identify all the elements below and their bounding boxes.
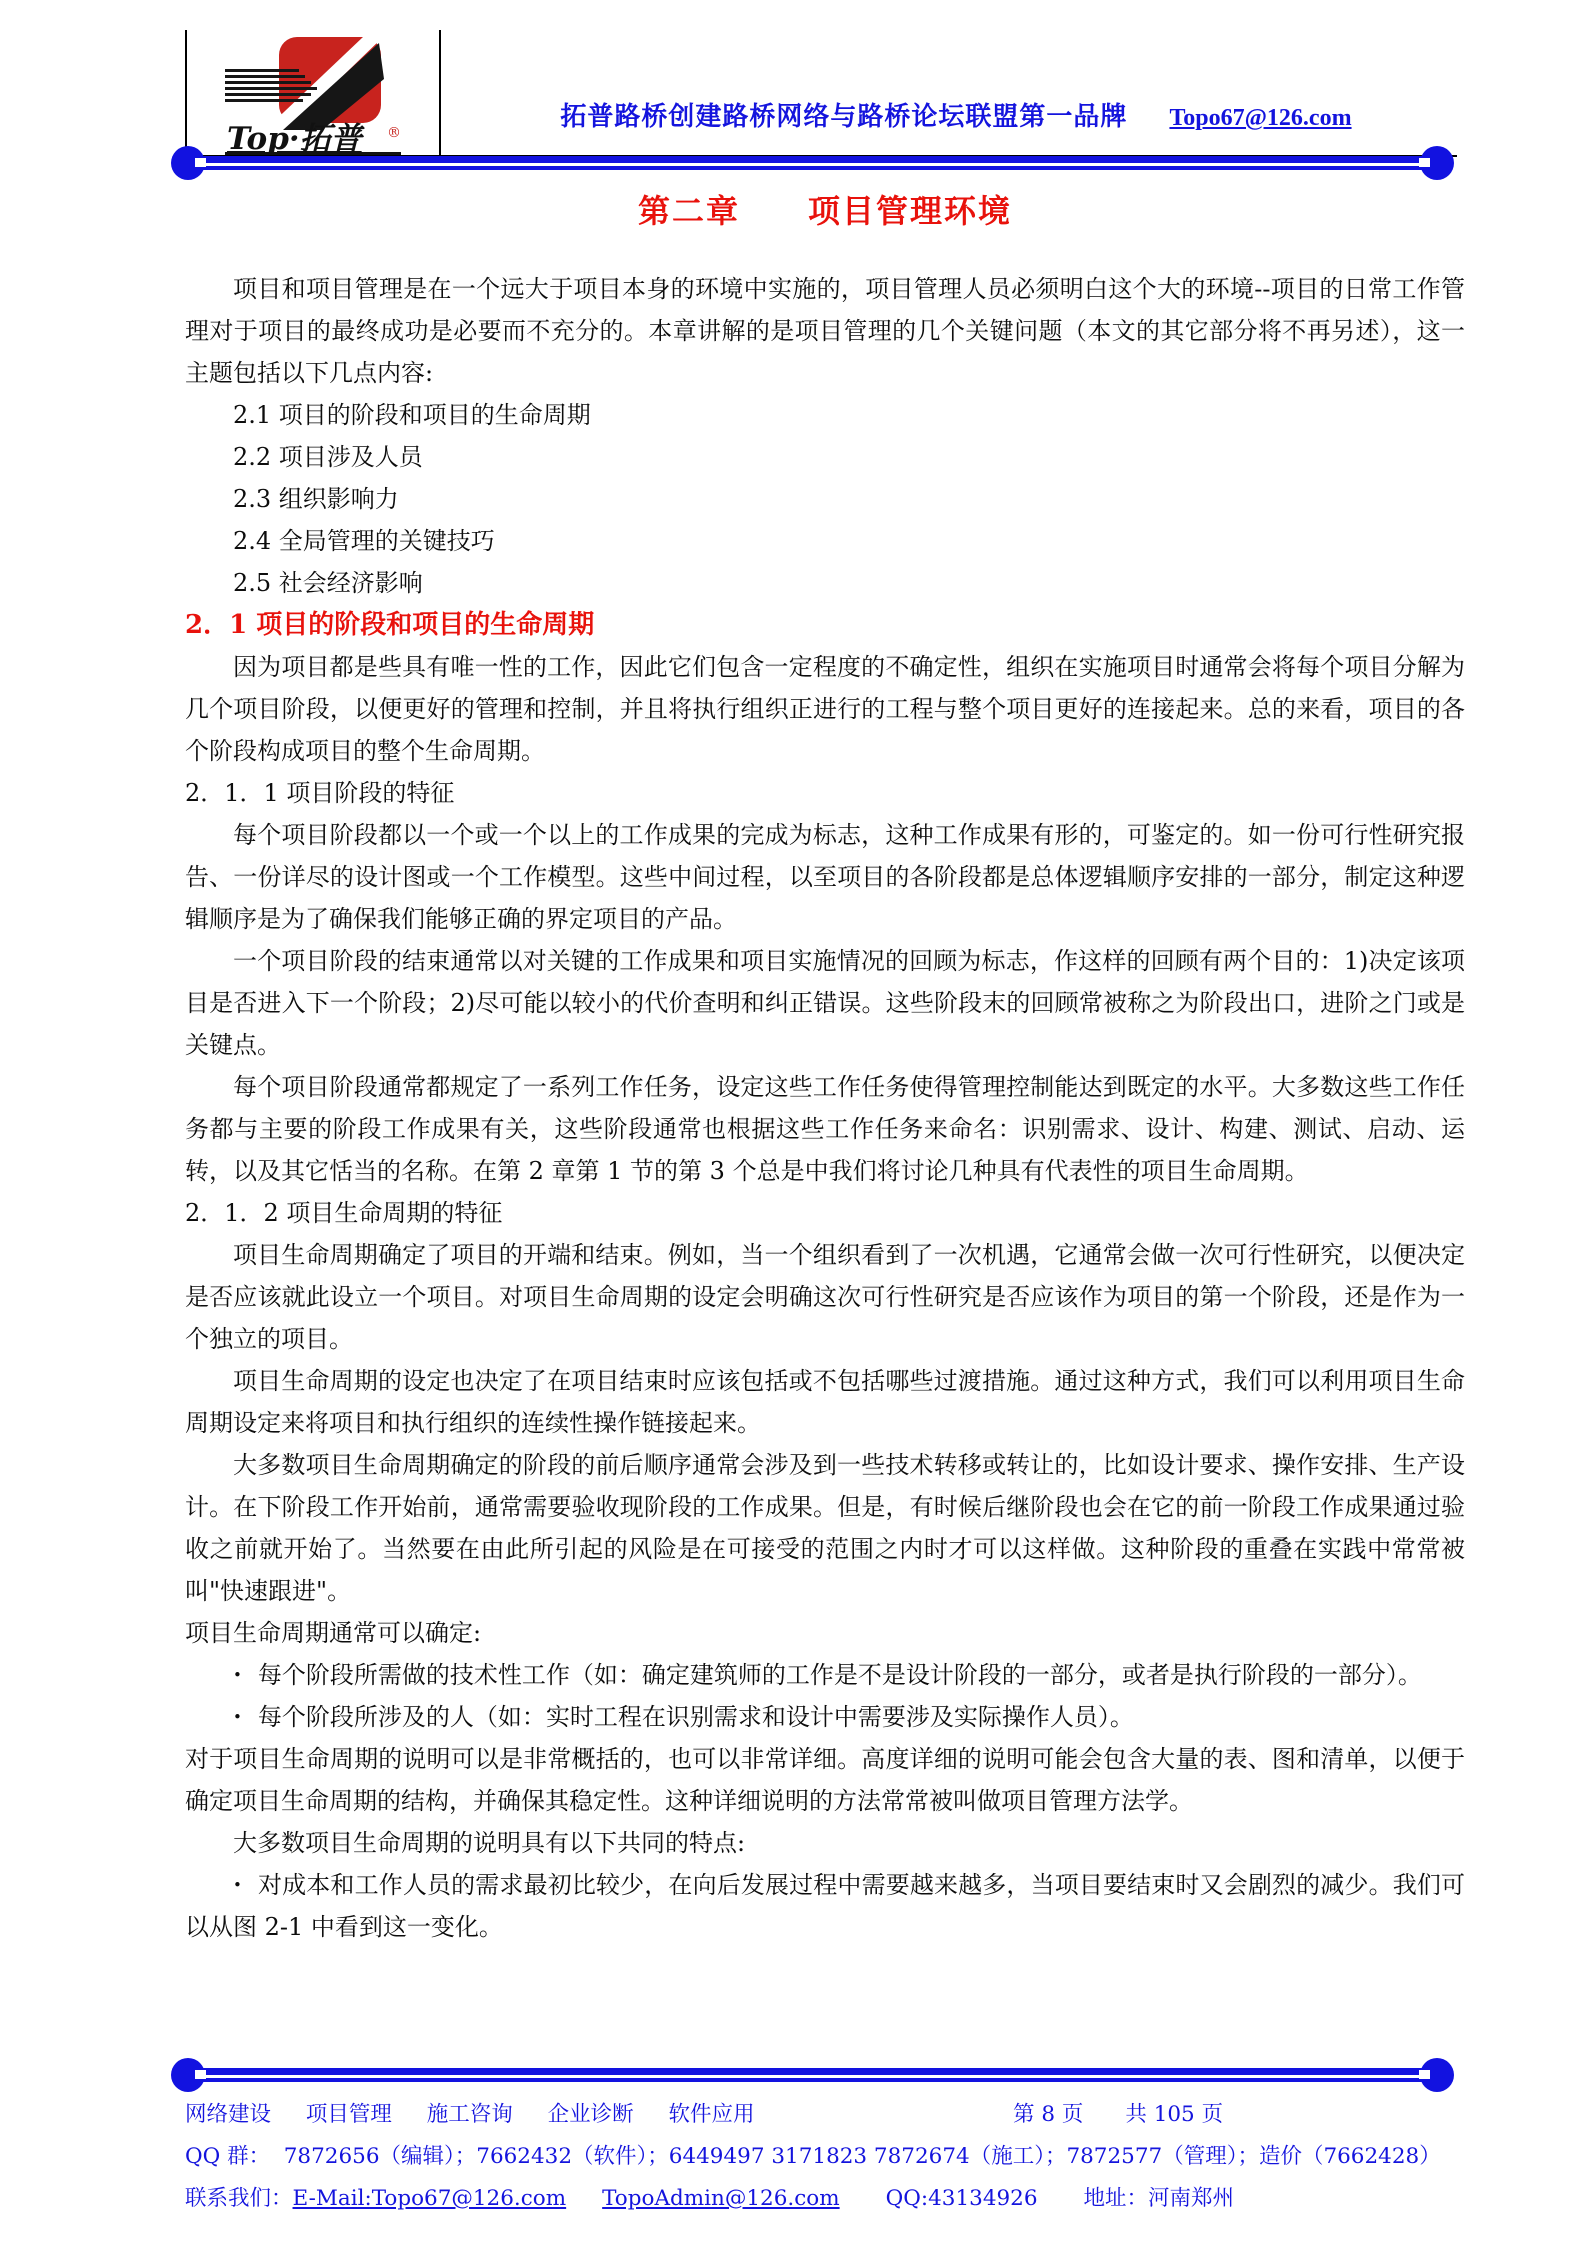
intro-paragraph: 项目和项目管理是在一个远大于项目本身的环境中实施的，项目管理人员必须明白这个大的… bbox=[185, 268, 1465, 394]
page-footer: 网络建设 项目管理 施工咨询 企业诊断 软件应用 第 8 页共 105 页 QQ… bbox=[185, 2094, 1485, 2220]
section-2-1-paragraph: 因为项目都是些具有唯一性的工作，因此它们包含一定程度的不确定性，组织在实施项目时… bbox=[185, 646, 1465, 772]
document-body: 项目和项目管理是在一个远大于项目本身的环境中实施的，项目管理人员必须明白这个大的… bbox=[185, 268, 1465, 1948]
lifecycle-lead-in: 项目生命周期通常可以确定: bbox=[185, 1612, 1465, 1654]
footer-rule-bar bbox=[188, 2068, 1437, 2082]
toc-item-2-1: 2.1 项目的阶段和项目的生命周期 bbox=[185, 394, 1465, 436]
page-total: 共 105 页 bbox=[1125, 2102, 1223, 2127]
toc-item-2-3: 2.3 组织影响力 bbox=[185, 478, 1465, 520]
section-2-1-1-paragraph-1: 每个项目阶段都以一个或一个以上的工作成果的完成为标志，这种工作成果有形的，可鉴定… bbox=[185, 814, 1465, 940]
footer-email2-link[interactable]: TopoAdmin@126.com bbox=[602, 2186, 839, 2211]
toc-item-2-5: 2.5 社会经济影响 bbox=[185, 562, 1465, 604]
bullet-dot-icon: • bbox=[233, 1708, 242, 1726]
section-2-1-2-paragraph-1: 项目生命周期确定了项目的开端和结束。例如，当一个组织看到了一次机遇，它通常会做一… bbox=[185, 1234, 1465, 1360]
footer-address: 地址：河南郑州 bbox=[1084, 2186, 1235, 2211]
section-2-1-1-paragraph-3: 每个项目阶段通常都规定了一系列工作任务，设定这些工作任务使得管理控制能达到既定的… bbox=[185, 1066, 1465, 1192]
brand-slogan: 拓普路桥创建路桥网络与路桥论坛联盟第一品牌 bbox=[560, 101, 1127, 131]
page-number: 第 8 页共 105 页 bbox=[1013, 2094, 1223, 2136]
toc-item-2-2: 2.2 项目涉及人员 bbox=[185, 436, 1465, 478]
section-2-1-2-paragraph-2: 项目生命周期的设定也决定了在项目结束时应该包括或不包括哪些过渡措施。通过这种方式… bbox=[185, 1360, 1465, 1444]
bar-end-cap-left-icon bbox=[171, 146, 205, 180]
section-2-1-2-paragraph-5: 大多数项目生命周期的说明具有以下共同的特点: bbox=[185, 1822, 1465, 1864]
contact-label: 联系我们： bbox=[185, 2186, 293, 2211]
logo-wordmark: Top·拓普 bbox=[227, 121, 366, 155]
footer-service: 软件应用 bbox=[668, 2102, 754, 2127]
bar-end-cap-right-icon bbox=[1420, 2058, 1454, 2092]
toc-item-2-4: 2.4 全局管理的关键技巧 bbox=[185, 520, 1465, 562]
page-title: 第二章 项目管理环境 bbox=[185, 186, 1465, 232]
section-2-1-heading: 2．1 项目的阶段和项目的生命周期 bbox=[185, 604, 1465, 646]
logo-cell: ® Top·拓普 bbox=[185, 30, 441, 157]
bullet-dot-icon: • bbox=[233, 1666, 242, 1684]
list-item: •每个阶段所涉及的人（如：实时工程在识别需求和设计中需要涉及实际操作人员）。 bbox=[185, 1696, 1465, 1738]
section-2-1-1-paragraph-2: 一个项目阶段的结束通常以对关键的工作成果和项目实施情况的回顾为标志，作这样的回顾… bbox=[185, 940, 1465, 1066]
footer-service: 施工咨询 bbox=[427, 2102, 513, 2127]
footer-services-line: 网络建设 项目管理 施工咨询 企业诊断 软件应用 第 8 页共 105 页 bbox=[185, 2094, 1485, 2136]
section-2-1-2-paragraph-4: 对于项目生命周期的说明可以是非常概括的，也可以非常详细。高度详细的说明可能会包含… bbox=[185, 1738, 1465, 1822]
bar-end-cap-right-icon bbox=[1420, 146, 1454, 180]
bullet-text: 对成本和工作人员的需求最初比较少，在向后发展过程中需要越来越多，当项目要结束时又… bbox=[185, 1871, 1465, 1941]
footer-service: 企业诊断 bbox=[548, 2102, 634, 2127]
footer-email1-link[interactable]: E-Mail:Topo67@126.com bbox=[293, 2186, 567, 2211]
list-item: •对成本和工作人员的需求最初比较少，在向后发展过程中需要越来越多，当项目要结束时… bbox=[185, 1864, 1465, 1948]
list-item: •每个阶段所需做的技术性工作（如：确定建筑师的工作是不是设计阶段的一部分，或者是… bbox=[185, 1654, 1465, 1696]
bullet-dot-icon: • bbox=[233, 1876, 242, 1894]
bullet-text: 每个阶段所需做的技术性工作（如：确定建筑师的工作是不是设计阶段的一部分，或者是执… bbox=[258, 1661, 1422, 1689]
bullet-text: 每个阶段所涉及的人（如：实时工程在识别需求和设计中需要涉及实际操作人员）。 bbox=[258, 1703, 1134, 1731]
header-banner: 拓普路桥创建路桥网络与路桥论坛联盟第一品牌Topo67@126.com bbox=[441, 96, 1471, 133]
section-2-1-1-heading: 2．1．1 项目阶段的特征 bbox=[185, 772, 1465, 814]
bar-end-cap-left-icon bbox=[171, 2058, 205, 2092]
footer-qq-groups: QQ 群： 7872656（编辑）；7662432（软件）；6449497 31… bbox=[185, 2136, 1485, 2178]
footer-contact-line: 联系我们：E-Mail:Topo67@126.comTopoAdmin@126.… bbox=[185, 2178, 1485, 2220]
section-2-1-2-heading: 2．1．2 项目生命周期的特征 bbox=[185, 1192, 1465, 1234]
footer-service: 网络建设 bbox=[185, 2102, 271, 2127]
footer-qq-contact: QQ:43134926 bbox=[886, 2186, 1038, 2211]
page-current: 第 8 页 bbox=[1013, 2102, 1083, 2127]
footer-service: 项目管理 bbox=[306, 2102, 392, 2127]
registered-mark: ® bbox=[387, 125, 401, 141]
topo-logo-icon: ® Top·拓普 bbox=[191, 33, 435, 155]
section-2-1-2-paragraph-3: 大多数项目生命周期确定的阶段的前后顺序通常会涉及到一些技术转移或转让的，比如设计… bbox=[185, 1444, 1465, 1612]
header-rule-bar bbox=[188, 156, 1437, 170]
header-email-link[interactable]: Topo67@126.com bbox=[1169, 105, 1351, 131]
